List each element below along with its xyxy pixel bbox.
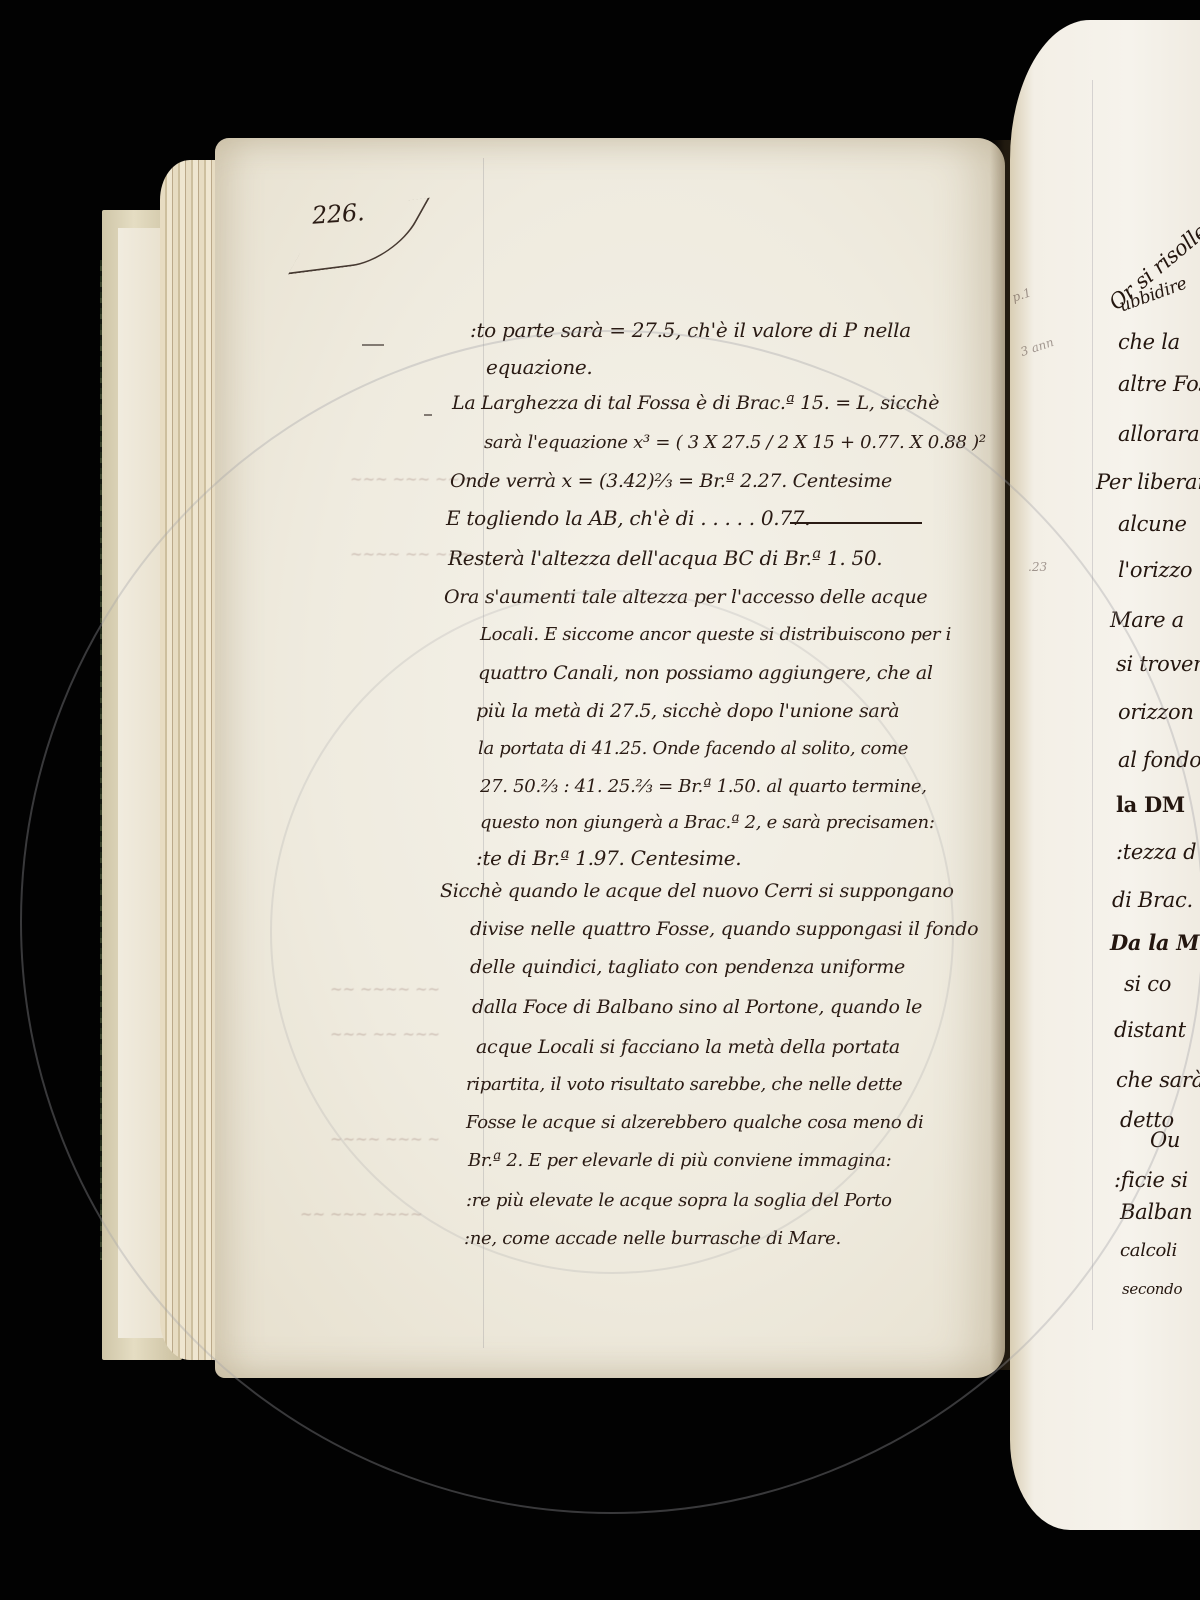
right-page-line: calcoli xyxy=(1120,1240,1177,1261)
manuscript-scene: ~~~ ~~~ ~~~ ~~~~ ~~ ~~~ ~~ ~~~~ ~~ ~~~ ~… xyxy=(0,0,1200,1600)
manuscript-line: la portata di 41.25. Onde facendo al sol… xyxy=(478,738,908,759)
right-page-line: si co xyxy=(1124,972,1171,996)
right-page-line: :tezza d xyxy=(1116,840,1196,864)
right-page-line: altre Fosse xyxy=(1118,372,1200,396)
right-page-line: la DM xyxy=(1116,792,1185,817)
right-page-line: secondo xyxy=(1122,1280,1182,1298)
manuscript-line: :te di Br.ª 1.97. Centesime. xyxy=(476,846,741,870)
margin-dash xyxy=(424,414,432,416)
manuscript-line: quattro Canali, non possiamo aggiungere,… xyxy=(478,662,933,684)
margin-dash xyxy=(362,344,384,346)
manuscript-line: Sicchè quando le acque del nuovo Cerri s… xyxy=(440,880,954,902)
manuscript-line: ripartita, il voto risultato sarebbe, ch… xyxy=(466,1074,902,1095)
manuscript-line: acque Locali si facciano la metà della p… xyxy=(476,1036,900,1058)
right-page-line: Mare a xyxy=(1110,608,1184,632)
bleed-through-text: ~~ ~~~ ~~~~ xyxy=(300,1205,423,1223)
right-page-line: che la xyxy=(1118,330,1180,354)
subtraction-rule xyxy=(790,522,922,524)
manuscript-line: sarà l'equazione x³ = ( 3 X 27.5 / 2 X 1… xyxy=(484,432,986,453)
right-page-line: alcune xyxy=(1118,512,1187,536)
right-page-line: orizzon xyxy=(1118,700,1194,724)
right-page-line: allorara xyxy=(1118,422,1199,446)
manuscript-line: Locali. E siccome ancor queste si distri… xyxy=(480,624,951,645)
manuscript-line: Resterà l'altezza dell'acqua BC di Br.ª … xyxy=(448,546,882,570)
manuscript-line: :ne, come accade nelle burrasche di Mare… xyxy=(464,1228,841,1249)
manuscript-line: :to parte sarà = 27.5, ch'è il valore di… xyxy=(470,318,911,342)
right-margin-note: .23 xyxy=(1028,560,1047,574)
manuscript-line: 27. 50.⅔ : 41. 25.⅔ = Br.ª 1.50. al quar… xyxy=(480,776,927,797)
bleed-through-text: ~~~ ~~ ~~~ xyxy=(330,1025,440,1043)
right-page-line: che sarà xyxy=(1116,1068,1200,1092)
right-page-line: di Brac. xyxy=(1112,888,1193,912)
right-page-line: Ou xyxy=(1150,1128,1180,1152)
right-page-line: si trover xyxy=(1116,652,1200,676)
bleed-through-text: ~~ ~~~~ ~~ xyxy=(330,980,440,998)
right-page-line: Balban xyxy=(1120,1200,1192,1224)
manuscript-line: La Larghezza di tal Fossa è di Brac.ª 15… xyxy=(452,392,939,414)
manuscript-line: equazione. xyxy=(486,355,593,379)
right-page-line: distant xyxy=(1114,1018,1186,1042)
manuscript-line: divise nelle quattro Fosse, quando suppo… xyxy=(470,918,978,940)
bleed-through-text: ~~~~ ~~~ ~ xyxy=(330,1130,440,1148)
right-page-line: al fondo xyxy=(1118,748,1200,772)
right-page-line: l'orizzo xyxy=(1118,558,1192,582)
manuscript-line: dalla Foce di Balbano sino al Portone, q… xyxy=(472,996,922,1018)
manuscript-line: delle quindici, tagliato con pendenza un… xyxy=(470,956,905,978)
manuscript-line: questo non giungerà a Brac.ª 2, e sarà p… xyxy=(480,812,935,833)
manuscript-line: più la metà di 27.5, sicchè dopo l'union… xyxy=(476,700,899,722)
right-page-line: :ficie si xyxy=(1114,1168,1188,1192)
manuscript-line: :re più elevate le acque sopra la soglia… xyxy=(466,1190,892,1211)
manuscript-line: Br.ª 2. E per elevarle di più conviene i… xyxy=(468,1150,891,1171)
manuscript-line: E togliendo la AB, ch'è di . . . . . 0.7… xyxy=(446,506,810,530)
manuscript-line: Onde verrà x = (3.42)⅔ = Br.ª 2.27. Cent… xyxy=(450,470,892,492)
right-page-line: Da la M xyxy=(1110,930,1199,955)
right-page-line: Per liberare xyxy=(1096,470,1200,494)
manuscript-line: Ora s'aumenti tale altezza per l'accesso… xyxy=(444,586,927,608)
manuscript-line: Fosse le acque si alzerebbero qualche co… xyxy=(466,1112,924,1133)
